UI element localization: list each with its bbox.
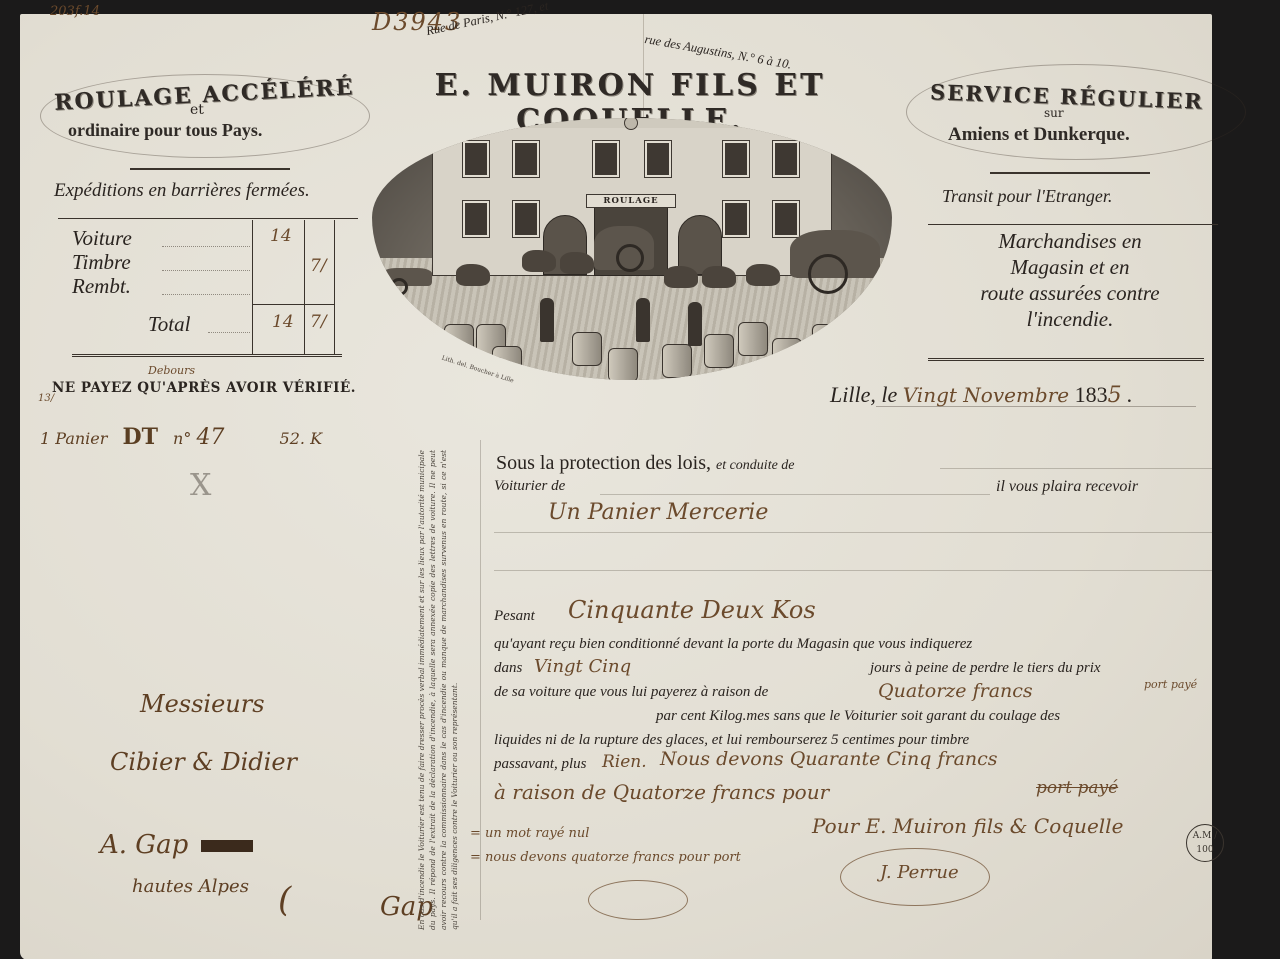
total-rule bbox=[252, 304, 334, 305]
carrier-field[interactable] bbox=[600, 494, 990, 495]
leader-dots bbox=[162, 294, 250, 295]
cargo-bale bbox=[444, 324, 474, 358]
insurance-notice: Marchandises en Magasin et en route assu… bbox=[920, 228, 1220, 332]
amount-due: Nous devons Quarante Cinq francs bbox=[660, 748, 998, 770]
consignee-region: hautes Alpes bbox=[132, 876, 249, 897]
weight-value: Cinquante Deux Kos bbox=[568, 596, 816, 624]
letterhead-right-subtitle: Amiens et Dunkerque. bbox=[948, 124, 1130, 146]
number-prefix: n° bbox=[173, 429, 191, 448]
rate-line: à raison de Quatorze francs pour bbox=[494, 780, 829, 804]
double-rule bbox=[928, 358, 1204, 361]
leader-dots bbox=[208, 332, 250, 333]
leader-dots bbox=[162, 246, 250, 247]
divider bbox=[990, 172, 1150, 174]
letterhead-left-subtitle: ordinaire pour tous Pays. bbox=[68, 120, 262, 141]
column-rule bbox=[252, 220, 253, 354]
porter-figure bbox=[540, 298, 554, 342]
fee-label-total: Total bbox=[148, 312, 190, 337]
horse bbox=[560, 252, 594, 274]
fee-total-francs: 14 bbox=[272, 312, 294, 332]
horse bbox=[746, 264, 780, 286]
cargo-bale bbox=[608, 348, 638, 380]
shipment-marks: 1 Panier DT n° 47 52. K bbox=[40, 424, 322, 450]
wagon-wheel bbox=[616, 244, 644, 272]
shipment-weight: 52. K bbox=[280, 429, 322, 448]
fee-label-voiture: Voiture bbox=[72, 226, 132, 251]
cart-wheel bbox=[390, 278, 408, 296]
divider bbox=[58, 218, 358, 219]
rate-text: de sa voiture que vous lui payerez à rai… bbox=[494, 684, 768, 701]
insurance-line: route assurées contre bbox=[920, 280, 1220, 306]
wagon-wheel bbox=[808, 254, 848, 294]
date-line: Lille, le Vingt Novembre 1835 . bbox=[830, 382, 1133, 408]
per-text: par cent Kilog.mes sans que le Voiturier… bbox=[656, 708, 1060, 725]
days-text: jours à peine de perdre le tiers du prix bbox=[870, 660, 1101, 677]
window bbox=[645, 141, 671, 177]
within-days: Vingt Cinq bbox=[534, 656, 631, 677]
horse bbox=[522, 250, 556, 272]
consignee-name: Cibier & Didier bbox=[110, 748, 297, 776]
within-label: dans bbox=[494, 660, 522, 677]
window bbox=[723, 141, 749, 177]
fee-label-remb: Rembt. bbox=[72, 274, 131, 299]
letterhead-right-conj: sur bbox=[1044, 106, 1064, 120]
window bbox=[773, 201, 799, 237]
double-rule bbox=[72, 354, 342, 357]
consignee-city: A. Gap bbox=[100, 830, 253, 860]
insurance-line: l'incendie. bbox=[920, 306, 1220, 332]
date-period: . bbox=[1127, 382, 1133, 407]
protection-tail: et conduite de bbox=[716, 458, 795, 473]
date-handwritten: Vingt Novembre bbox=[903, 383, 1069, 407]
rate-value: Quatorze francs bbox=[878, 680, 1033, 702]
archive-pencil-ref: 203f.14 bbox=[50, 4, 100, 19]
protection-lead: Sous la protection des lois, bbox=[496, 452, 711, 474]
note-struck-word: = un mot rayé nul bbox=[470, 826, 589, 841]
cargo-bale bbox=[572, 332, 602, 366]
city-line: A. Gap bbox=[100, 830, 188, 860]
horse bbox=[702, 266, 736, 288]
rate-note: port payé bbox=[1144, 678, 1197, 691]
cargo-bale bbox=[662, 344, 692, 378]
horse bbox=[664, 266, 698, 288]
window bbox=[463, 201, 489, 237]
cargo-bale bbox=[738, 322, 768, 356]
note-port-due: = nous devons quatorze francs pour port bbox=[470, 850, 741, 865]
plus-value: Rien. bbox=[602, 752, 647, 772]
shipment-mark: DT bbox=[122, 424, 157, 450]
cargo-bale bbox=[812, 324, 842, 358]
date-year-printed: 183 bbox=[1075, 382, 1108, 407]
cargo-bale bbox=[704, 334, 734, 368]
leader-dots bbox=[162, 270, 250, 271]
liquids-text: liquides ni de la rupture des glaces, et… bbox=[494, 732, 969, 749]
receive-label: il vous plaira recevoir bbox=[996, 478, 1138, 496]
cargo-bale bbox=[412, 328, 442, 362]
letterhead-left-tagline: Expéditions en barrières fermées. bbox=[54, 180, 310, 202]
bracket: ( bbox=[278, 880, 291, 920]
porter-figure bbox=[688, 302, 702, 346]
passavant-text: passavant, plus bbox=[494, 756, 587, 773]
carrier-label: Voiturier de bbox=[494, 478, 565, 495]
window bbox=[723, 201, 749, 237]
horse bbox=[456, 264, 490, 286]
warehouse-engraving: ROULAGE bbox=[372, 118, 892, 380]
date-year-hand: 5 bbox=[1108, 383, 1122, 408]
window bbox=[463, 141, 489, 177]
fee-voiture-francs: 14 bbox=[270, 226, 292, 246]
fees-table: Voiture 14 Timbre 7/ Rembt. Total 14 7/ bbox=[58, 220, 338, 354]
shipment-number: 47 bbox=[196, 425, 224, 450]
letterhead-left-conj: et bbox=[190, 102, 204, 118]
porter-figure bbox=[636, 298, 650, 342]
window bbox=[593, 141, 619, 177]
signoff: Pour E. Muiron fils & Coquelle bbox=[812, 814, 1123, 838]
window bbox=[773, 141, 799, 177]
fee-timbre-centimes: 7/ bbox=[310, 256, 327, 276]
letterhead-right-tagline: Transit pour l'Etranger. bbox=[942, 186, 1112, 207]
insurance-line: Marchandises en bbox=[920, 228, 1220, 254]
cargo-bale bbox=[772, 338, 802, 372]
pencil-mark: X bbox=[190, 468, 211, 503]
protection-clause: Sous la protection des lois, et conduite… bbox=[496, 452, 795, 475]
fee-label-timbre: Timbre bbox=[72, 250, 131, 275]
column-rule bbox=[334, 220, 335, 354]
divider bbox=[928, 224, 1218, 225]
blank-line bbox=[494, 532, 1212, 533]
item-quantity: 1 Panier bbox=[40, 429, 107, 448]
payment-warning: NE PAYEZ QU'APRÈS AVOIR VÉRIFIÉ. bbox=[52, 380, 356, 396]
weight-label: Pesant bbox=[494, 608, 535, 625]
divider bbox=[130, 168, 290, 170]
column-rule bbox=[304, 220, 305, 354]
goods-description: Un Panier Mercerie bbox=[548, 500, 768, 525]
insurance-line: Magasin et en bbox=[920, 254, 1220, 280]
signature-flourish bbox=[588, 880, 688, 920]
struck-text: port payé bbox=[1036, 778, 1118, 798]
window bbox=[513, 201, 539, 237]
consignee-salutation: Messieurs bbox=[140, 690, 265, 718]
fee-total-centimes: 7/ bbox=[310, 312, 327, 332]
postmark-stamp: A.M / 100 bbox=[1186, 824, 1224, 862]
redacted-stamp bbox=[201, 840, 253, 852]
date-place: Lille, le bbox=[830, 382, 897, 407]
condition-text: qu'ayant reçu bien conditionné devant la… bbox=[494, 636, 972, 653]
window bbox=[513, 141, 539, 177]
blank-line bbox=[494, 570, 1212, 571]
blank-line bbox=[940, 468, 1212, 469]
roulage-sign: ROULAGE bbox=[586, 194, 676, 208]
warning-annotation: Debours bbox=[148, 364, 195, 377]
clerk-signature: J. Perrue bbox=[880, 862, 959, 883]
